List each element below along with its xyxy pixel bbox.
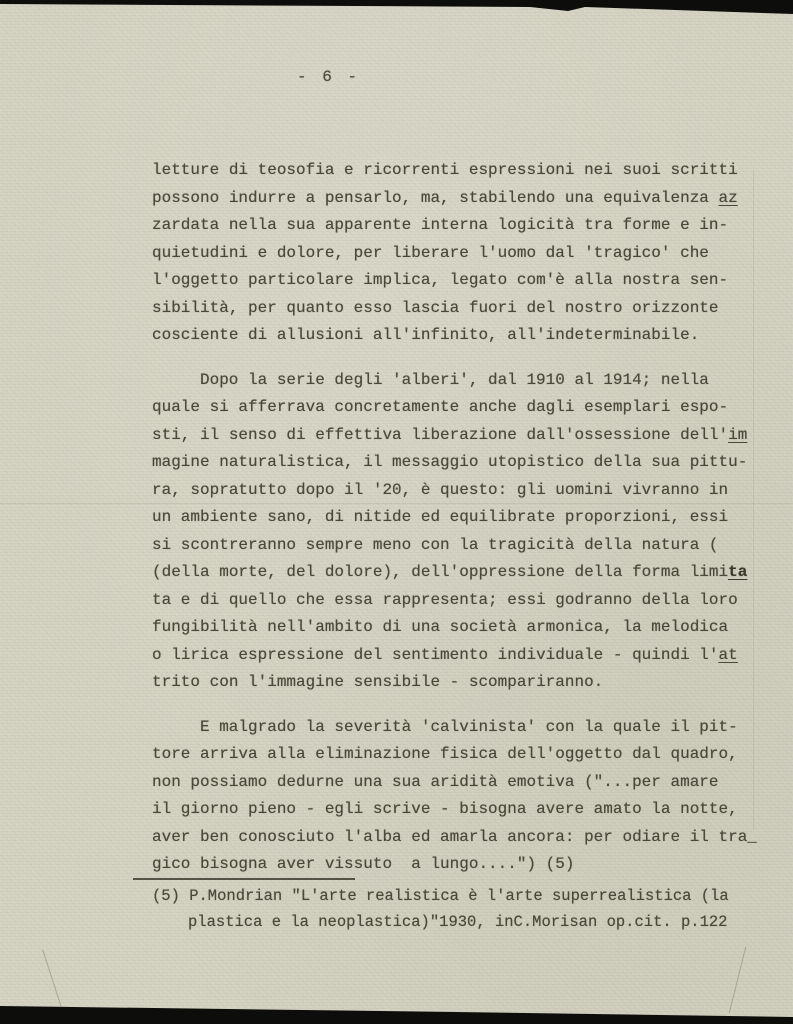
line-text: E malgrado la severità 'calvinista' con … (200, 718, 738, 736)
underlined-text: az (719, 189, 738, 207)
line-text: magine naturalistica, il messaggio utopi… (152, 453, 747, 471)
text-line: sibilità, per quanto esso lascia fuori d… (152, 295, 764, 323)
text-line: (5) P.Mondrian "L'arte realistica è l'ar… (152, 883, 772, 909)
line-text: tore arriva alla eliminazione fisica del… (152, 745, 738, 763)
text-line: Dopo la serie degli 'alberi', dal 1910 a… (152, 367, 764, 395)
line-text: plastica e la neoplastica)"1930, inC.Mor… (188, 913, 728, 931)
line-text: cosciente di allusioni all'infinito, all… (152, 326, 699, 344)
underlined-text: at (719, 646, 738, 664)
line-text: Dopo la serie degli 'alberi', dal 1910 a… (200, 371, 709, 389)
line-text: l'oggetto particolare implica, legato co… (152, 271, 728, 289)
line-text: quietudini e dolore, per liberare l'uomo… (152, 244, 709, 262)
line-text: sti, il senso di effettiva liberazione d… (152, 426, 728, 444)
text-line: magine naturalistica, il messaggio utopi… (152, 449, 764, 477)
line-text: quale si afferrava concretamente anche d… (152, 398, 728, 416)
text-line: zardata nella sua apparente interna logi… (152, 212, 764, 240)
text-line: fungibilità nell'ambito di una società a… (152, 614, 764, 642)
underlined-text: im (728, 426, 747, 444)
text-line: l'oggetto particolare implica, legato co… (152, 267, 764, 295)
line-text: si scontreranno sempre meno con la tragi… (152, 536, 719, 554)
line-text: (5) P.Mondrian "L'arte realistica è l'ar… (152, 887, 729, 905)
text-line: sti, il senso di effettiva liberazione d… (152, 422, 764, 450)
line-text: sibilità, per quanto esso lascia fuori d… (152, 299, 719, 317)
text-line: plastica e la neoplastica)"1930, inC.Mor… (152, 909, 772, 935)
text-line: trito con l'immagine sensibile - scompar… (152, 669, 764, 697)
paragraph: Dopo la serie degli 'alberi', dal 1910 a… (152, 367, 764, 697)
line-text: gico bisogna aver vissuto a lungo....") … (152, 855, 574, 873)
footnote: (5) P.Mondrian "L'arte realistica è l'ar… (152, 883, 772, 935)
text-line: possono indurre a pensarlo, ma, stabilen… (152, 185, 764, 213)
document-body: letture di teosofia e ricorrenti espress… (152, 157, 764, 896)
line-text: aver ben conosciuto l'alba ed amarla anc… (152, 828, 757, 846)
paragraph: letture di teosofia e ricorrenti espress… (152, 157, 764, 350)
line-text: trito con l'immagine sensibile - scompar… (152, 673, 603, 691)
paragraph: E malgrado la severità 'calvinista' con … (152, 714, 764, 879)
text-line: o lirica espressione del sentimento indi… (152, 642, 764, 670)
document-page: - 6 - letture di teosofia e ricorrenti e… (0, 0, 793, 1024)
bottom-left-crease (42, 949, 63, 1010)
text-line: ra, sopratutto dopo il '20, è questo: gl… (152, 477, 764, 505)
text-line: tore arriva alla eliminazione fisica del… (152, 741, 764, 769)
underlined-text: ta (728, 563, 747, 581)
line-text: fungibilità nell'ambito di una società a… (152, 618, 728, 636)
text-line: quale si afferrava concretamente anche d… (152, 394, 764, 422)
text-line: gico bisogna aver vissuto a lungo....") … (152, 851, 764, 879)
text-line: ta e di quello che essa rappresenta; ess… (152, 587, 764, 615)
page-number: - 6 - (297, 68, 360, 86)
footnote-divider (133, 878, 355, 880)
line-text: il giorno pieno - egli scrive - bisogna … (152, 800, 738, 818)
text-line: un ambiente sano, di nitide ed equilibra… (152, 504, 764, 532)
line-text: un ambiente sano, di nitide ed equilibra… (152, 508, 728, 526)
line-text: possono indurre a pensarlo, ma, stabilen… (152, 189, 719, 207)
text-line: (della morte, del dolore), dell'oppressi… (152, 559, 764, 587)
line-text: zardata nella sua apparente interna logi… (152, 216, 728, 234)
text-line: cosciente di allusioni all'infinito, all… (152, 322, 764, 350)
text-line: aver ben conosciuto l'alba ed amarla anc… (152, 824, 764, 852)
line-text: (della morte, del dolore), dell'oppressi… (152, 563, 728, 581)
line-text: ta e di quello che essa rappresenta; ess… (152, 591, 738, 609)
line-text: o lirica espressione del sentimento indi… (152, 646, 719, 664)
text-line: quietudini e dolore, per liberare l'uomo… (152, 240, 764, 268)
bottom-right-crease (729, 947, 746, 1013)
text-line: il giorno pieno - egli scrive - bisogna … (152, 796, 764, 824)
line-text: ra, sopratutto dopo il '20, è questo: gl… (152, 481, 728, 499)
text-line: non possiamo dedurne una sua aridità emo… (152, 769, 764, 797)
line-text: non possiamo dedurne una sua aridità emo… (152, 773, 719, 791)
text-line: si scontreranno sempre meno con la tragi… (152, 532, 764, 560)
text-line: letture di teosofia e ricorrenti espress… (152, 157, 764, 185)
line-text: letture di teosofia e ricorrenti espress… (152, 161, 738, 179)
text-line: E malgrado la severità 'calvinista' con … (152, 714, 764, 742)
